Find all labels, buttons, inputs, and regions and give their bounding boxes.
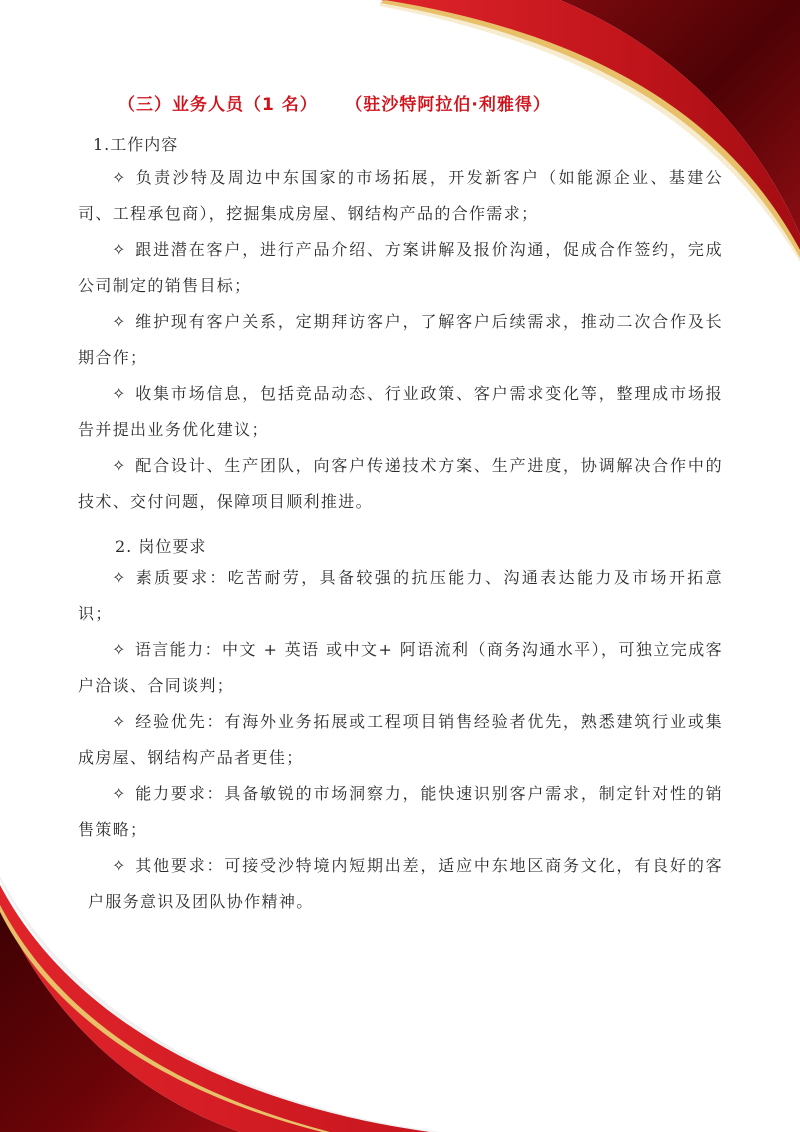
diamond-bullet-icon: ✧ xyxy=(112,640,127,659)
diamond-bullet-icon: ✧ xyxy=(112,856,127,875)
list-item: ✧能力要求：具备敏锐的市场洞察力，能快速识别客户需求，制定针对性的销售策略； xyxy=(78,776,723,848)
diamond-bullet-icon: ✧ xyxy=(112,784,127,803)
list-item: ✧素质要求：吃苦耐劳，具备较强的抗压能力、沟通表达能力及市场开拓意识； xyxy=(78,560,723,632)
section-title: （三）业务人员（1 名） （驻沙特阿拉伯·利雅得） xyxy=(118,90,551,115)
diamond-bullet-icon: ✧ xyxy=(112,312,127,331)
list-item: ✧经验优先：有海外业务拓展或工程项目销售经验者优先，熟悉建筑行业或集成房屋、钢结… xyxy=(78,704,723,776)
subheading-requirements: 2. 岗位要求 xyxy=(115,534,206,557)
diamond-bullet-icon: ✧ xyxy=(112,384,127,403)
diamond-bullet-icon: ✧ xyxy=(112,456,127,475)
list-item: ✧语言能力：中文 + 英语 或中文+ 阿语流利（商务沟通水平），可独立完成客户洽… xyxy=(78,632,723,704)
diamond-bullet-icon: ✧ xyxy=(112,712,127,731)
diamond-bullet-icon: ✧ xyxy=(112,568,127,587)
subheading-job-content: 1.工作内容 xyxy=(93,132,178,155)
list-item: ✧负责沙特及周边中东国家的市场拓展，开发新客户（如能源企业、基建公司、工程承包商… xyxy=(78,160,723,232)
list-item: ✧收集市场信息，包括竞品动态、行业政策、客户需求变化等，整理成市场报告并提出业务… xyxy=(78,376,723,448)
list-item: ✧配合设计、生产团队，向客户传递技术方案、生产进度，协调解决合作中的技术、交付问… xyxy=(78,448,723,520)
diamond-bullet-icon: ✧ xyxy=(112,168,127,187)
diamond-bullet-icon: ✧ xyxy=(112,240,127,259)
list-item: ✧其他要求：可接受沙特境内短期出差，适应中东地区商务文化，有良好的客户服务意识及… xyxy=(88,848,723,920)
list-item: ✧维护现有客户关系，定期拜访客户，了解客户后续需求，推动二次合作及长期合作； xyxy=(78,304,723,376)
list-item: ✧跟进潜在客户，进行产品介绍、方案讲解及报价沟通，促成合作签约，完成公司制定的销… xyxy=(78,232,723,304)
